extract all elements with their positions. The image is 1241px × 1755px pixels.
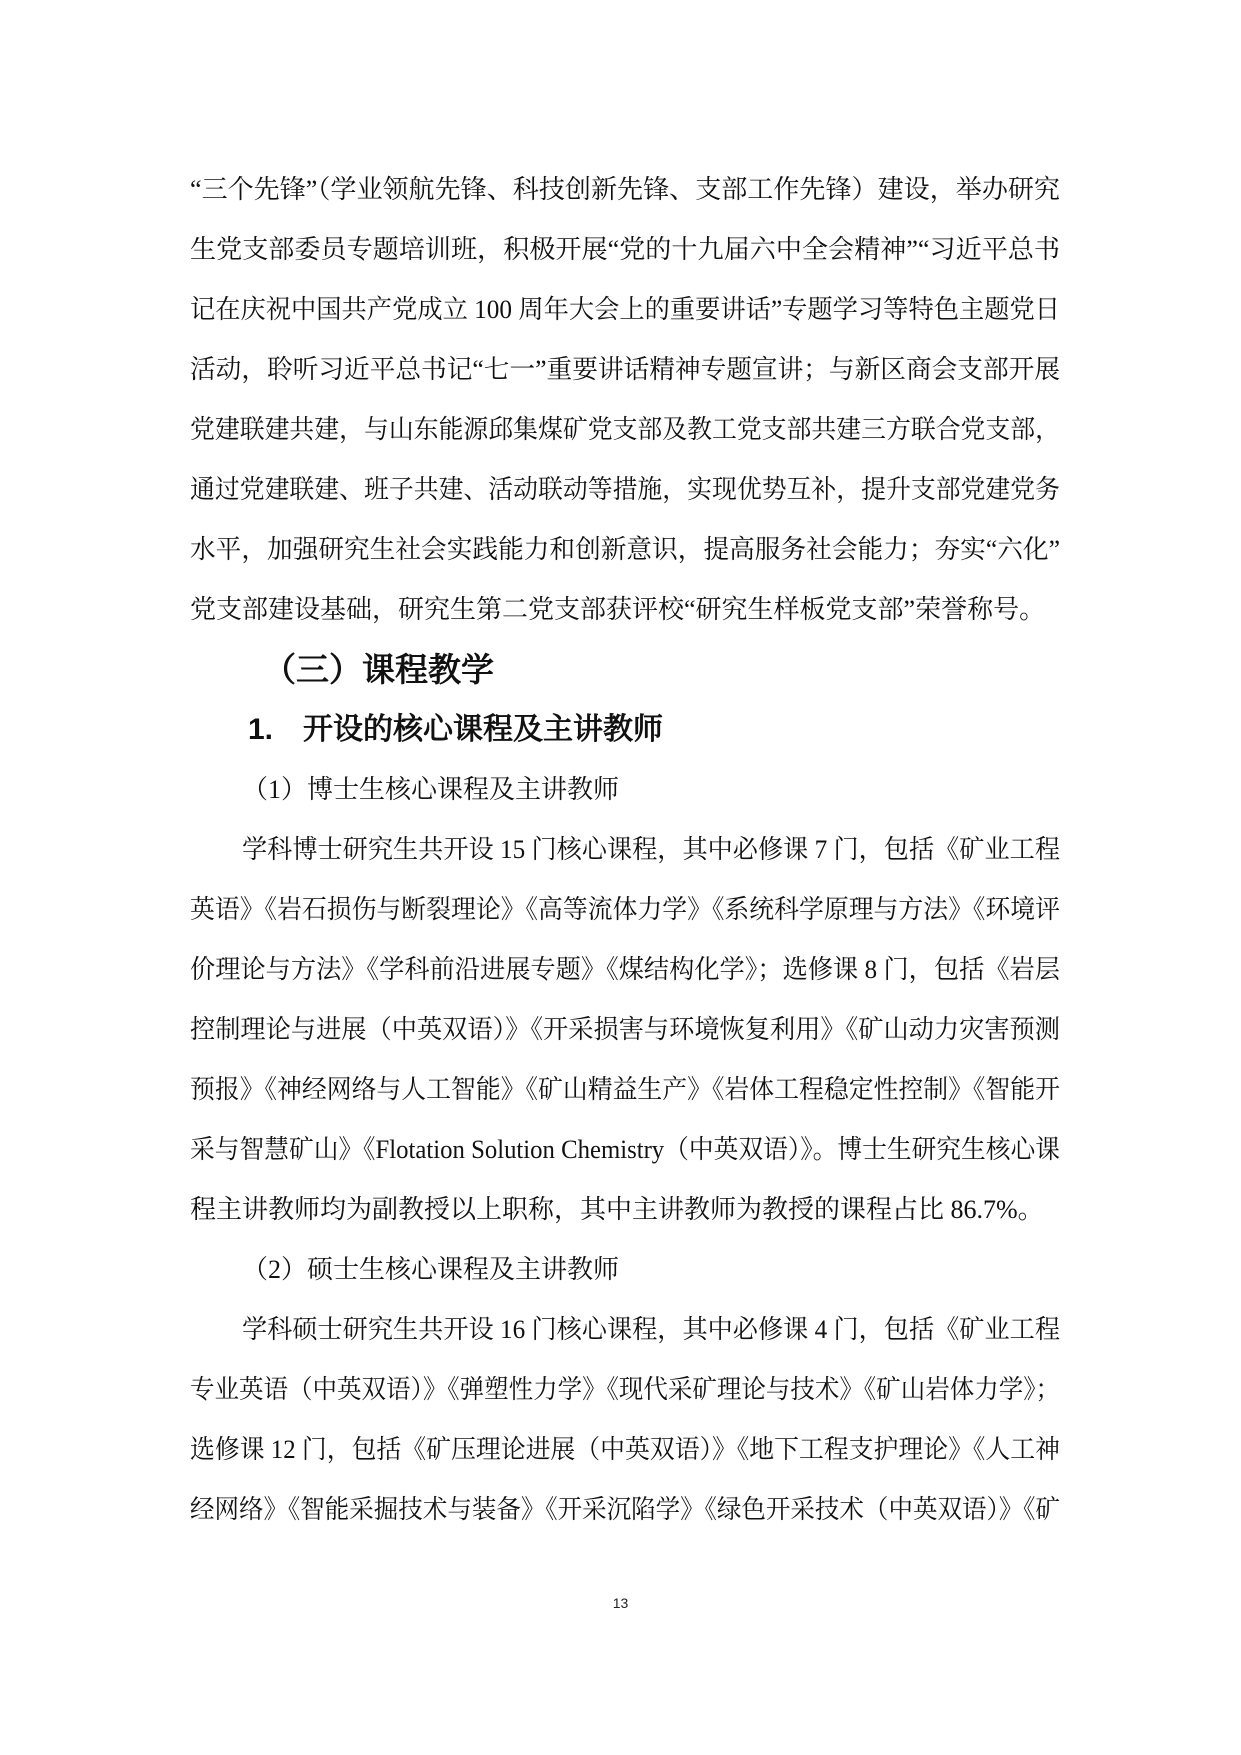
paragraph-line: “三个先锋”（学业领航先锋、科技创新先锋、支部工作先锋）建设，举办研究 [190,160,1060,220]
paragraph-line: 通过党建联建、班子共建、活动联动等措施，实现优势互补，提升支部党建党务 [190,460,1060,520]
paragraph-line: 英语》《岩石损伤与断裂理论》《高等流体力学》《系统科学原理与方法》《环境评 [190,880,1060,940]
paragraph-line: 采与智慧矿山》《Flotation Solution Chemistry（中英双… [190,1120,1060,1180]
document-body: “三个先锋”（学业领航先锋、科技创新先锋、支部工作先锋）建设，举办研究 生党支部… [190,160,1060,1540]
paragraph-line: 价理论与方法》《学科前沿进展专题》《煤结构化学》；选修课 8 门，包括《岩层 [190,940,1060,1000]
paragraph-line: 记在庆祝中国共产党成立 100 周年大会上的重要讲话”专题学习等特色主题党日 [190,280,1060,340]
paragraph-line: 经网络》《智能采掘技术与装备》《开采沉陷学》《绿色开采技术（中英双语）》《矿 [190,1480,1060,1540]
paragraph-line: 水平，加强研究生社会实践能力和创新意识，提高服务社会能力；夯实“六化” [190,520,1060,580]
paragraph-line: 预报》《神经网络与人工智能》《矿山精益生产》《岩体工程稳定性控制》《智能开 [190,1060,1060,1120]
paragraph-line: 选修课 12 门，包括《矿压理论进展（中英双语）》《地下工程支护理论》《人工神 [190,1420,1060,1480]
list-item-1-label: （1）博士生核心课程及主讲教师 [190,760,1060,820]
paragraph-line: 程主讲教师均为副教授以上职称，其中主讲教师为教授的课程占比 86.7%。 [190,1180,1060,1240]
list-item-2-label: （2）硕士生核心课程及主讲教师 [190,1240,1060,1300]
paragraph-line: 生党支部委员专题培训班，积极开展“党的十九届六中全会精神”“习近平总书 [190,220,1060,280]
subsection-heading: 1. 开设的核心课程及主讲教师 [190,700,1060,760]
section-heading: （三）课程教学 [190,640,1060,700]
document-page: “三个先锋”（学业领航先锋、科技创新先锋、支部工作先锋）建设，举办研究 生党支部… [0,0,1241,1755]
paragraph-line: 控制理论与进展（中英双语）》《开采损害与环境恢复利用》《矿山动力灾害预测 [190,1000,1060,1060]
paragraph-line: 活动，聆听习近平总书记“七一”重要讲话精神专题宣讲；与新区商会支部开展 [190,340,1060,400]
paragraph-line: 党支部建设基础，研究生第二党支部获评校“研究生样板党支部”荣誉称号。 [190,580,1060,640]
page-number: 13 [0,1593,1241,1613]
paragraph-line: 专业英语（中英双语）》《弹塑性力学》《现代采矿理论与技术》《矿山岩体力学》； [190,1360,1060,1420]
paragraph-line: 党建联建共建，与山东能源邱集煤矿党支部及教工党支部共建三方联合党支部， [190,400,1060,460]
paragraph-line: 学科硕士研究生共开设 16 门核心课程，其中必修课 4 门，包括《矿业工程 [190,1300,1060,1360]
paragraph-line: 学科博士研究生共开设 15 门核心课程，其中必修课 7 门，包括《矿业工程 [190,820,1060,880]
